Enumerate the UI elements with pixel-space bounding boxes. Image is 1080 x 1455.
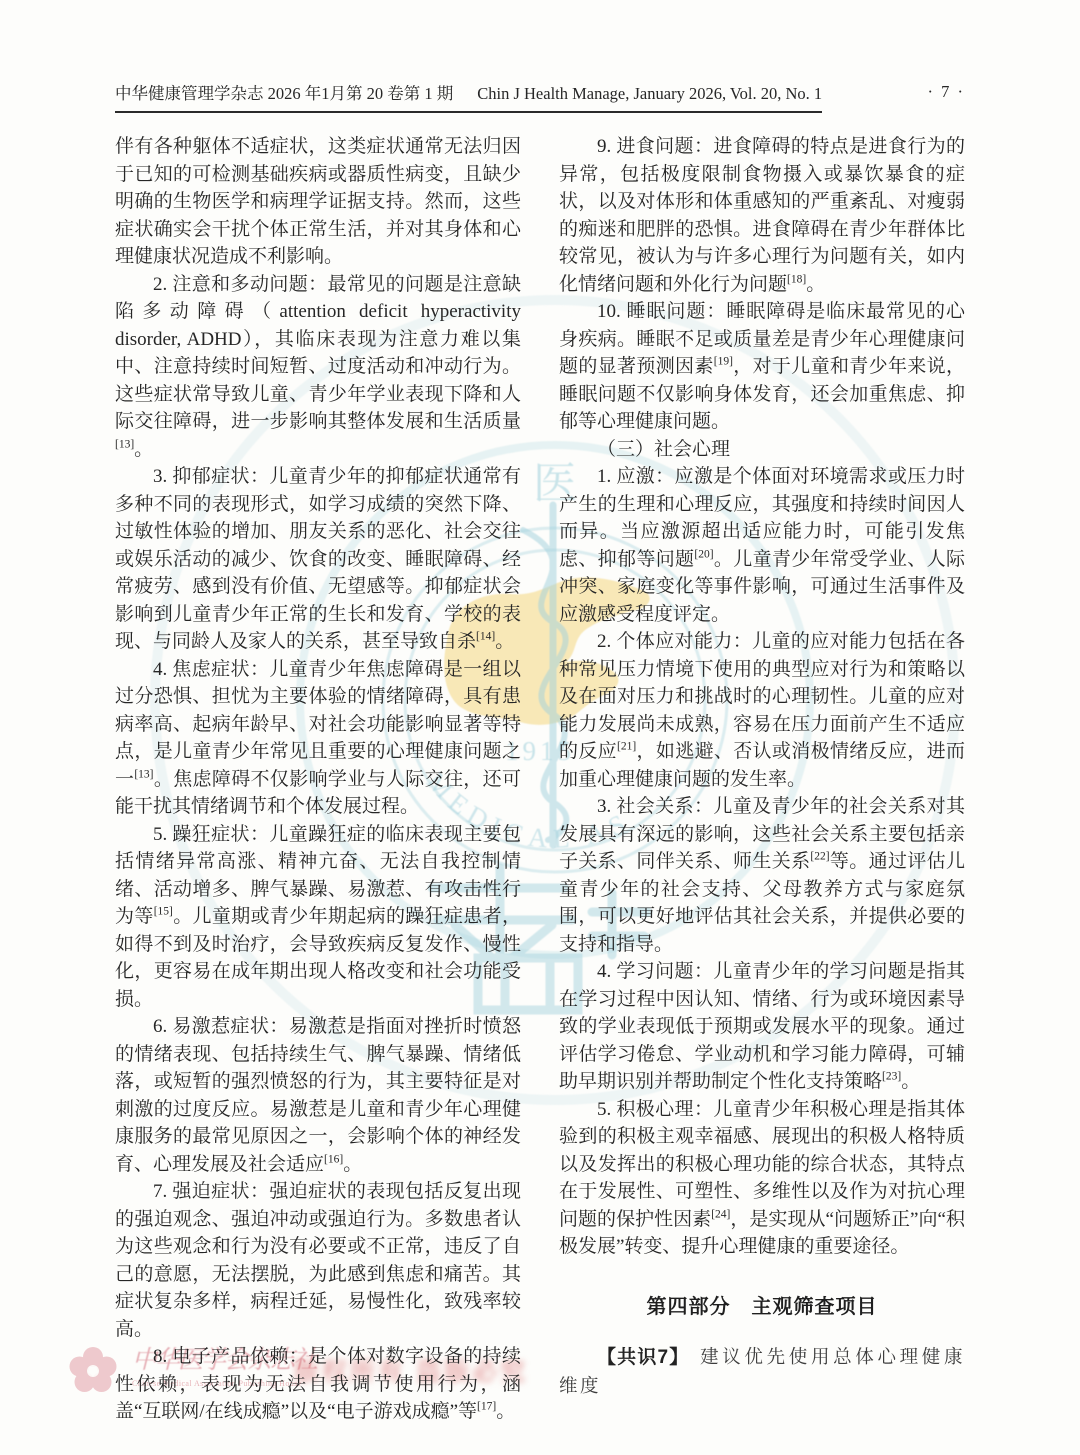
reference-marker: [16] (324, 1153, 343, 1165)
body-paragraph: 1. 应激：应激是个体面对环境需求或压力时产生的生理和心理反应，其强度和持续时间… (559, 463, 965, 628)
body-paragraph: 8. 电子产品依赖：是个体对数字设备的持续性依赖，表现为无法自我调节使用行为，涵… (115, 1343, 521, 1426)
section-heading: 第四部分 主观筛查项目 (559, 1294, 965, 1322)
text-run: 第四部分 主观筛查项目 (647, 1296, 878, 1318)
text-run: 。 (495, 631, 514, 652)
text-run: 。儿童期或青少年期起病的躁狂症患者，如得不到及时治疗，会导致疾病反复发作、慢性化… (115, 906, 521, 1010)
reference-marker: [18] (787, 273, 806, 285)
page-number: · 7 · (928, 82, 966, 102)
body-paragraph: 10. 睡眠问题：睡眠障碍是临床最常见的心身疾病。睡眠不足或质量差是青少年心理健… (559, 298, 965, 436)
text-run: 。 (806, 274, 825, 295)
body-paragraph: 5. 积极心理：儿童青少年积极心理是指其体验到的积极主观幸福感、展现出的积极人格… (559, 1096, 965, 1261)
consensus-label: 【共识7】 (597, 1347, 680, 1368)
journal-title-en: Chin J Health Manage, January 2026, Vol.… (477, 84, 822, 103)
text-run: 。 (134, 439, 153, 460)
text-run: 。焦虑障碍不仅影响学业与人际交往，还可能干扰其情绪调节和个体发展过程。 (115, 769, 521, 818)
text-run: 8. 电子产品依赖：是个体对数字设备的持续性依赖，表现为无法自我调节使用行为，涵… (115, 1346, 521, 1422)
body-paragraph: 5. 躁狂症状：儿童躁狂症的临床表现主要包括情绪异常高涨、精神亢奋、无法自我控制… (115, 821, 521, 1014)
text-run: 2. 注意和多动问题：最常见的问题是注意缺陷多动障碍（attention def… (115, 274, 521, 433)
body-paragraph: 3. 抑郁症状：儿童青少年的抑郁症状通常有多种不同的表现形式，如学习成绩的突然下… (115, 463, 521, 656)
reference-marker: [13] (115, 438, 134, 450)
text-run: 。 (343, 1154, 362, 1175)
reference-marker: [21] (617, 741, 636, 753)
body-paragraph: 6. 易激惹症状：易激惹是指面对挫折时愤怒的情绪表现、包括持续生气、脾气暴躁、情… (115, 1013, 521, 1178)
reference-marker: [22] (810, 851, 829, 863)
reference-marker: [13] (134, 768, 153, 780)
reference-marker: [20] (694, 548, 713, 560)
text-run: 7. 强迫症状：强迫症状的表现包括反复出现的强迫观念、强迫冲动或强迫行为。多数患… (115, 1181, 521, 1340)
journal-page: 医 1915 MEDICAL AS (0, 0, 1080, 1455)
reference-marker: [14] (476, 631, 495, 643)
left-column: 伴有各种躯体不适症状，这类症状通常无法归因于已知的可检测基础疾病或器质性病变，且… (115, 133, 521, 1426)
text-run: 。 (901, 1071, 920, 1092)
body-paragraph: 3. 社会关系：儿童及青少年的社会关系对其发展具有深远的影响，这些社会关系主要包… (559, 793, 965, 958)
header-rule-block: 中华健康管理学杂志 2026 年1月第 20 卷第 1 期Chin J Heal… (115, 80, 822, 113)
reference-marker: [19] (714, 356, 733, 368)
text-run: 伴有各种躯体不适症状，这类症状通常无法归因于已知的可检测基础疾病或器质性病变，且… (115, 136, 521, 267)
consensus-paragraph: 【共识7】 建议优先使用总体心理健康维度 (559, 1344, 965, 1401)
body-paragraph: 伴有各种躯体不适症状，这类症状通常无法归因于已知的可检测基础疾病或器质性病变，且… (115, 133, 521, 271)
text-run: 9. 进食问题：进食障碍的特点是进食行为的异常，包括极度限制食物摄入或暴饮暴食的… (559, 136, 965, 295)
text-run: 3. 抑郁症状：儿童青少年的抑郁症状通常有多种不同的表现形式，如学习成绩的突然下… (115, 466, 521, 652)
body-paragraph: 7. 强迫症状：强迫症状的表现包括反复出现的强迫观念、强迫冲动或强迫行为。多数患… (115, 1178, 521, 1343)
subsection-heading: （三）社会心理 (559, 436, 965, 464)
journal-title-cn: 中华健康管理学杂志 2026 年1月第 20 卷第 1 期 (115, 84, 453, 103)
text-run: （三）社会心理 (597, 439, 730, 460)
body-paragraph: 9. 进食问题：进食障碍的特点是进食行为的异常，包括极度限制食物摄入或暴饮暴食的… (559, 133, 965, 298)
text-run: 6. 易激惹症状：易激惹是指面对挫折时愤怒的情绪表现、包括持续生气、脾气暴躁、情… (115, 1016, 521, 1175)
page-header: 中华健康管理学杂志 2026 年1月第 20 卷第 1 期Chin J Heal… (115, 80, 965, 113)
plum-blossom-icon (68, 1346, 118, 1396)
reference-marker: [24] (711, 1208, 730, 1220)
text-run: 。 (496, 1401, 515, 1422)
body-paragraph: 2. 注意和多动问题：最常见的问题是注意缺陷多动障碍（attention def… (115, 271, 521, 464)
right-column: 9. 进食问题：进食障碍的特点是进食行为的异常，包括极度限制食物摄入或暴饮暴食的… (559, 133, 965, 1401)
reference-marker: [17] (477, 1401, 496, 1413)
reference-marker: [15] (154, 906, 173, 918)
body-paragraph: 2. 个体应对能力：儿童的应对能力包括在各种常见压力情境下使用的典型应对行为和策… (559, 628, 965, 793)
body-paragraph: 4. 学习问题：儿童青少年的学习问题是指其在学习过程中因认知、情绪、行为或环境因… (559, 958, 965, 1096)
reference-marker: [23] (882, 1071, 901, 1083)
text-run (680, 1347, 700, 1368)
body-paragraph: 4. 焦虑症状：儿童青少年焦虑障碍是一组以过分恐惧、担忧为主要体验的情绪障碍，具… (115, 656, 521, 821)
